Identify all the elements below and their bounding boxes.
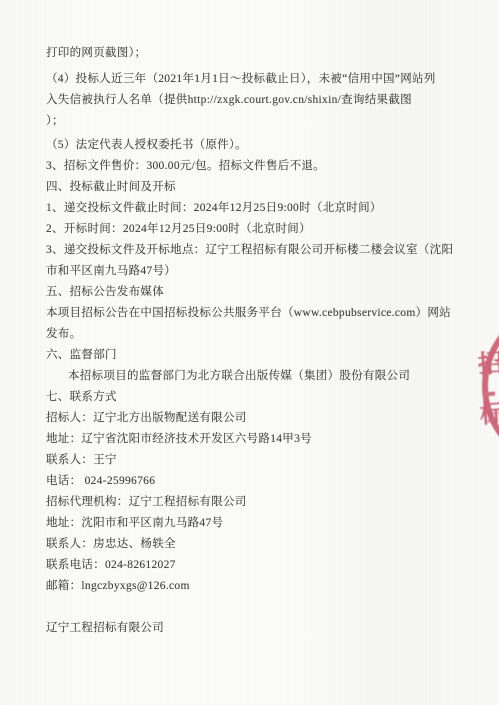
section-heading: 五、招标公告发布媒体 (46, 282, 465, 303)
doc-line: 3、招标文件售价：300.00元/包。招标文件售后不退。 (46, 156, 465, 177)
section-heading: 六、监督部门 (46, 345, 465, 366)
red-seal-partial: 招 标 (462, 328, 499, 454)
doc-line: 3、递交投标文件及开标地点：辽宁工程招标有限公司开标楼二楼会议室（沈阳 (46, 240, 465, 261)
doc-line: 电话： 024-25996766 (46, 471, 465, 492)
doc-line: 招标代理机构：辽宁工程招标有限公司 (46, 492, 465, 513)
doc-line: 打印的网页截图）； (46, 43, 465, 64)
doc-line: （4）投标人近三年（2021年1月1日～投标截止日），未被“信用中国”网站列 (46, 69, 465, 90)
seal-dash (485, 391, 495, 396)
doc-line: 本项目招标公告在中国招标投标公共服务平台（www.cebpubservice.c… (46, 303, 465, 324)
doc-line: 1、递交投标文件截止时间：2024年12月25日9:00时（北京时间） (46, 198, 465, 219)
doc-line: 招标人：辽宁北方出版物配送有限公司 (46, 408, 465, 429)
doc-line: 地址：辽宁省沈阳市经济技术开发区六号路14甲3号 (46, 429, 465, 450)
doc-line: 本招标项目的监督部门为北方联合出版传媒（集团）股份有限公司 (46, 366, 465, 387)
doc-line: 联系电话：024-82612027 (46, 555, 465, 576)
doc-line: 入失信被执行人名单（提供http://zxgk.court.gov.cn/shi… (46, 90, 465, 111)
signature-line: 辽宁工程招标有限公司 (46, 618, 465, 639)
doc-line: （5）法定代表人授权委托书（原件）。 (46, 135, 465, 156)
scanned-document-page: 打印的网页截图）； （4）投标人近三年（2021年1月1日～投标截止日），未被“… (0, 0, 499, 705)
seal-character: 标 (479, 401, 499, 428)
doc-line: 联系人：王宁 (46, 450, 465, 471)
document-body: 打印的网页截图）； （4）投标人近三年（2021年1月1日～投标截止日），未被“… (46, 43, 465, 639)
section-heading: 七、联系方式 (46, 387, 465, 408)
doc-line: 邮箱：lngczbyxgs@126.com (46, 576, 465, 597)
seal-character: 招 (477, 351, 499, 378)
doc-line: 联系人：房忠达、杨轶全 (46, 534, 465, 555)
doc-line: ）； (46, 111, 465, 132)
section-heading: 四、投标截止时间及开标 (46, 177, 465, 198)
seal-ring (482, 302, 499, 470)
doc-line: 发布。 (46, 324, 465, 345)
doc-line: 地址：沈阳市和平区南九马路47号 (46, 513, 465, 534)
doc-line: 市和平区南九马路47号） (46, 261, 465, 282)
doc-line: 2、开标时间：2024年12月25日9:00时（北京时间） (46, 219, 465, 240)
